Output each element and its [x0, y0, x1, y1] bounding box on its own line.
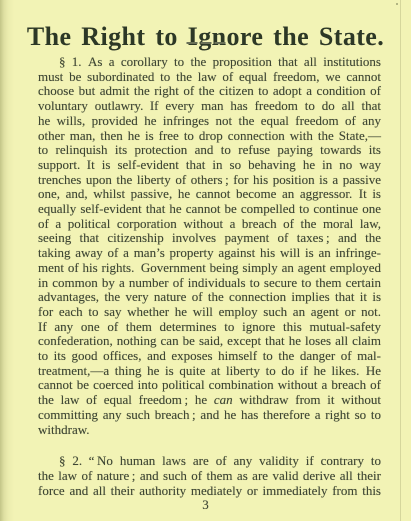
rule-dash: [214, 42, 225, 44]
rule-dash: [186, 42, 197, 44]
body-text: § 1. As a corollary to the proposition t…: [38, 55, 381, 498]
text-segment: the law of nature ; and such of them as …: [38, 468, 381, 483]
text-line: to its good offices, and exposes himself…: [38, 349, 381, 364]
text-line: withdraw.: [38, 423, 381, 438]
text-line: taking away of a man’s property against …: [38, 246, 381, 261]
text-line: voluntary outlawry. If every man has fre…: [38, 99, 381, 114]
text-line: of a political corporation without a bre…: [38, 217, 381, 232]
text-segment: voluntary outlawry. If every man has fre…: [38, 98, 381, 113]
text-segment: withdraw.: [38, 422, 90, 437]
paragraph-section-1: § 1. As a corollary to the proposition t…: [38, 55, 381, 437]
text-line: ment of his rights. Government being sim…: [38, 261, 381, 276]
text-segment: committing any such breach ; and he has …: [38, 407, 381, 422]
text-line: trenches upon the liberty of others ; fo…: [38, 173, 381, 188]
text-segment: other man, then he is free to drop conne…: [38, 128, 381, 143]
title-rule: [186, 42, 225, 44]
text-line: advantages, the very nature of the conne…: [38, 290, 381, 305]
text-line: other man, then he is free to drop conne…: [38, 129, 381, 144]
book-page: The Right to Ignore the State. § 1. As a…: [0, 0, 411, 521]
text-line: for each to say whether he will employ s…: [38, 305, 381, 320]
text-line: confederation, nothing can be said, exce…: [38, 334, 381, 349]
text-line: to relinquish its protection and to refu…: [38, 143, 381, 158]
text-segment: advantages, the very nature of the conne…: [38, 289, 381, 304]
text-line: in common by a number of individuals to …: [38, 276, 381, 291]
text-line: committing any such breach ; and he has …: [38, 408, 381, 423]
text-line: § 1. As a corollary to the proposition t…: [38, 55, 381, 70]
text-line: equally self-evident that he cannot be c…: [38, 202, 381, 217]
rule-dash: [200, 42, 211, 44]
text-line: the law of equal freedom ; he can withdr…: [38, 393, 381, 408]
text-segment: equally self-evident that he cannot be c…: [38, 201, 381, 216]
text-line: treatment,—a thing he is quite at libert…: [38, 364, 381, 379]
text-segment: ment of his rights. Government being sim…: [38, 260, 381, 275]
text-segment: treatment,—a thing he is quite at libert…: [38, 363, 381, 378]
text-line: § 2. “ No human laws are of any validity…: [38, 454, 381, 469]
text-segment: seeing that citizenship involves payment…: [38, 230, 381, 245]
text-line: choose but admit the right of the citize…: [38, 84, 381, 99]
text-segment: to its good offices, and exposes himself…: [38, 348, 381, 363]
text-segment: § 2. “ No human laws are of any validity…: [59, 453, 381, 468]
text-line: must be subordinated to the law of equal…: [38, 70, 381, 85]
page-edge-line: [400, 0, 401, 521]
text-segment: force and all their authority mediately …: [38, 483, 381, 498]
text-segment: § 1. As a corollary to the proposition t…: [59, 54, 381, 69]
page-edge-shadow: [0, 0, 14, 521]
text-segment: cannot be coerced into political combina…: [38, 377, 381, 392]
text-segment: choose but admit the right of the citize…: [38, 83, 381, 98]
text-segment: support. It is self-evident that in so b…: [38, 157, 381, 172]
text-line: cannot be coerced into political combina…: [38, 378, 381, 393]
text-line: force and all their authority mediately …: [38, 484, 381, 499]
text-segment: confederation, nothing can be said, exce…: [38, 333, 381, 348]
text-segment: one, and, whilst passive, he cannot beco…: [38, 186, 381, 201]
text-segment: withdraw from it without: [233, 392, 381, 407]
page-number: 3: [0, 498, 411, 513]
text-segment: of a political corporation without a bre…: [38, 216, 381, 231]
text-segment: for each to say whether he will employ s…: [38, 304, 381, 319]
emphasized-word: can: [214, 392, 233, 407]
text-segment: trenches upon the liberty of others ; fo…: [38, 172, 381, 187]
text-segment: he wills, provided he infringes not the …: [38, 113, 381, 128]
text-segment: to relinquish its protection and to refu…: [38, 142, 381, 157]
text-segment: must be subordinated to the law of equal…: [38, 69, 381, 84]
paragraph-section-2: § 2. “ No human laws are of any validity…: [38, 454, 381, 498]
text-line: one, and, whilst passive, he cannot beco…: [38, 187, 381, 202]
text-line: the law of nature ; and such of them as …: [38, 469, 381, 484]
text-segment: the law of equal freedom ; he: [38, 392, 214, 407]
scan-speck: [396, 3, 398, 5]
text-line: If any one of them determines to ignore …: [38, 320, 381, 335]
text-line: support. It is self-evident that in so b…: [38, 158, 381, 173]
text-line: he wills, provided he infringes not the …: [38, 114, 381, 129]
text-segment: in common by a number of individuals to …: [38, 275, 381, 290]
text-line: seeing that citizenship involves payment…: [38, 231, 381, 246]
text-segment: taking away of a man’s property against …: [38, 245, 381, 260]
text-segment: If any one of them determines to ignore …: [38, 319, 381, 334]
page-title: The Right to Ignore the State.: [0, 22, 411, 52]
